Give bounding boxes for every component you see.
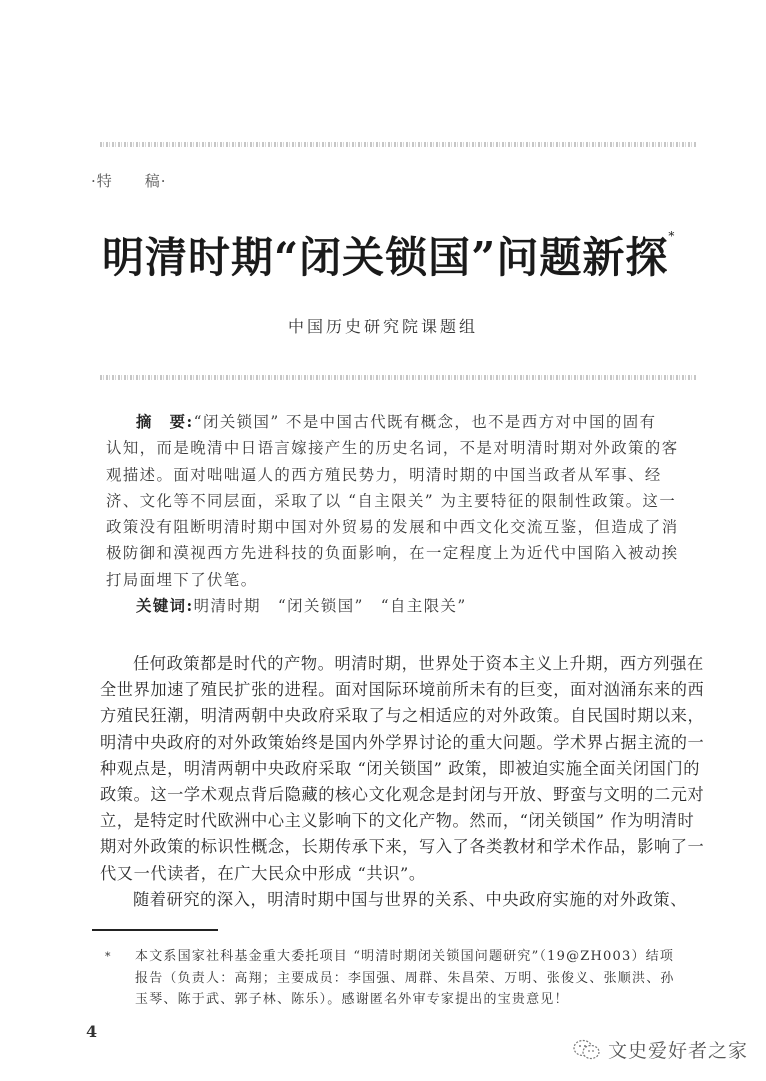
body-line: 随着研究的深入，明清时期中国与世界的关系、中央政府实施的对外政策、 <box>100 887 698 913</box>
body-line: 方殖民狂潮，明清两朝中央政府采取了与之相适应的对外政策。自民国时期以来， <box>100 703 698 729</box>
abstract-line: 打局面埋下了伏笔。 <box>106 567 696 593</box>
footnote-line: 报告（负责人：高翔；主要成员：李国强、周群、朱昌荣、万明、张俊义、张顺洪、孙 <box>105 968 705 990</box>
column-label: ·特 稿· <box>91 170 167 191</box>
abstract-line: 极防御和漠视西方先进科技的负面影响，在一定程度上为近代中国陷入被动挨 <box>106 540 696 566</box>
wechat-icon <box>572 1038 602 1062</box>
watermark: 文史爱好者之家 <box>572 1036 748 1063</box>
abstract-section: 摘 要:“闭关锁国” 不是中国古代既有概念，也不是西方对中国的固有 认知，而是晚… <box>106 409 696 619</box>
page-number: 4 <box>86 1022 97 1041</box>
watermark-text: 文史爱好者之家 <box>608 1036 748 1063</box>
keywords-line: 关键词:明清时期 “闭关锁国” “自主限关” <box>106 593 696 619</box>
footnote: * 本文系国家社科基金重大委托项目 “明清时期闭关锁国问题研究”（19@ZH00… <box>105 946 705 1011</box>
title-footnote-mark[interactable]: * <box>668 229 675 243</box>
article-title-text: 明清时期“闭关锁国”问题新探 <box>102 233 668 282</box>
footnote-line: 玉琴、陈于武、郭子林、陈乐）。感谢匿名外审专家提出的宝贵意见！ <box>105 989 705 1011</box>
body-line: 立，是特定时代欧洲中心主义影响下的文化产物。然而，“闭关锁国” 作为明清时 <box>100 808 698 834</box>
footnote-mark: * <box>105 946 112 968</box>
body-line: 政策。这一学术观点背后隐藏的核心文化观念是封闭与开放、野蛮与文明的二元对 <box>100 782 698 808</box>
body-line: 期对外政策的标识性概念，长期传承下来，写入了各类教材和学术作品，影响了一 <box>100 834 698 860</box>
body-line: 任何政策都是时代的产物。明清时期，世界处于资本主义上升期，西方列强在 <box>100 651 698 677</box>
abstract-line: 济、文化等不同层面，采取了以 “自主限关” 为主要特征的限制性政策。这一 <box>106 488 696 514</box>
abstract-line: 认知，而是晚清中日语言嫁接产生的历史名词，不是对明清时期对外政策的客 <box>106 435 696 461</box>
abstract-line: 观描述。面对咄咄逼人的西方殖民势力，明清时期的中国当政者从军事、经 <box>106 462 696 488</box>
decorative-border-top <box>100 142 696 147</box>
footnote-divider <box>92 929 218 931</box>
body-line: 代又一代读者，在广大民众中形成 “共识”。 <box>100 861 698 887</box>
body-line: 种观点是，明清两朝中央政府采取 “闭关锁国” 政策，即被迫实施全面关闭国门的 <box>100 756 698 782</box>
keywords-label: 关键词: <box>136 597 194 615</box>
footnote-line: 本文系国家社科基金重大委托项目 “明清时期闭关锁国问题研究”（19@ZH003）… <box>105 946 705 968</box>
abstract-label: 摘 要: <box>136 413 194 431</box>
article-title: 明清时期“闭关锁国”问题新探* <box>102 225 722 285</box>
keywords-value: 明清时期 “闭关锁国” “自主限关” <box>194 597 467 615</box>
body-text: 任何政策都是时代的产物。明清时期，世界处于资本主义上升期，西方列强在 全世界加速… <box>100 651 698 913</box>
body-line: 明清中央政府的对外政策始终是国内外学界讨论的重大问题。学术界占据主流的一 <box>100 730 698 756</box>
abstract-line: 政策没有阻断明清时期中国对外贸易的发展和中西文化交流互鉴，但造成了消 <box>106 514 696 540</box>
decorative-border-bottom <box>100 375 696 380</box>
abstract-line: 摘 要:“闭关锁国” 不是中国古代既有概念，也不是西方对中国的固有 <box>106 409 696 435</box>
body-line: 全世界加速了殖民扩张的进程。面对国际环境前所未有的巨变，面对汹涌东来的西 <box>100 677 698 703</box>
article-author: 中国历史研究院课题组 <box>0 314 766 337</box>
